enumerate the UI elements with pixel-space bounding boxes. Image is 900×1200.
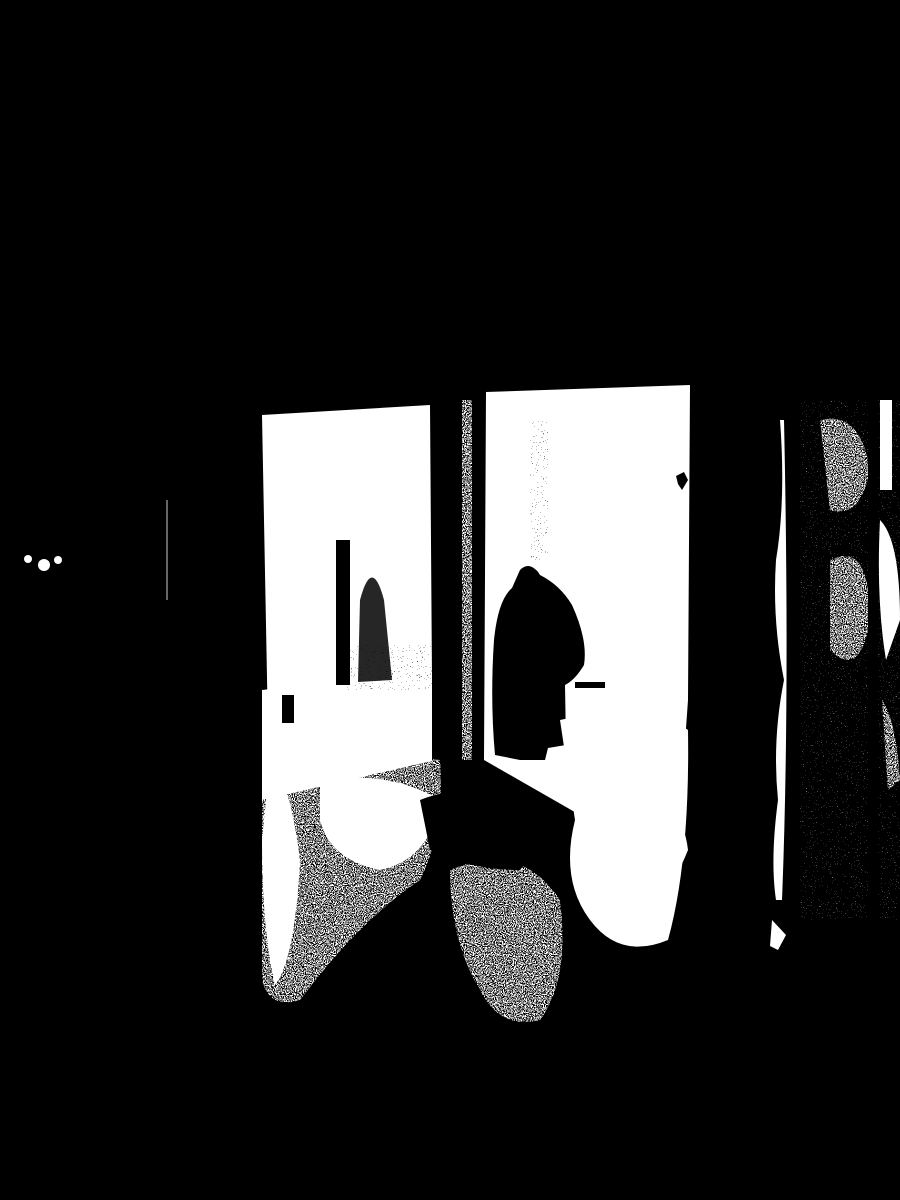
left-doorway [262,405,436,800]
photo-scene [0,0,900,1200]
right-wall-window [800,380,900,940]
photo-illustration [0,0,900,1200]
center-pillar [432,395,488,765]
